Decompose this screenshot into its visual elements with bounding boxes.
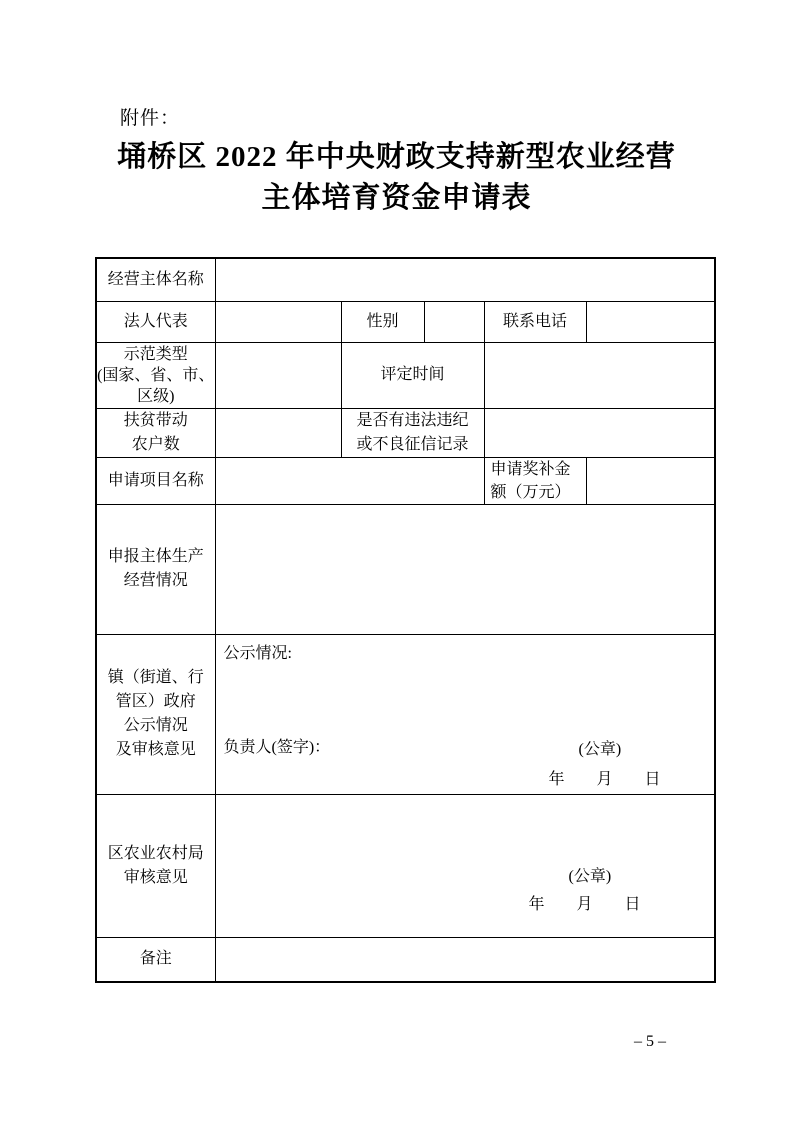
- row-poverty-households: 扶贫带动 农户数 是否有违法违纪 或不良征信记录: [96, 408, 715, 457]
- entity-name-value-cell: [215, 258, 715, 301]
- town-review-label: 镇（街道、行 管区）政府 公示情况 及审核意见: [96, 634, 215, 794]
- demo-type-value-cell: [215, 342, 341, 408]
- assessment-time-label: 评定时间: [341, 342, 484, 408]
- row-entity-name: 经营主体名称: [96, 258, 715, 301]
- row-project-name: 申请项目名称 申请奖补金 额（万元）: [96, 457, 715, 504]
- phone-label: 联系电话: [484, 301, 586, 342]
- project-name-value-cell: [215, 457, 484, 504]
- gender-label: 性别: [341, 301, 424, 342]
- entity-name-label: 经营主体名称: [96, 258, 215, 301]
- production-status-label: 申报主体生产 经营情况: [96, 504, 215, 634]
- application-form-table: 经营主体名称 法人代表 性别 联系电话 示范类型 (国家、省、市、 区级) 评定…: [95, 257, 716, 983]
- remarks-label: 备注: [96, 937, 215, 982]
- row-town-review: 镇（街道、行 管区）政府 公示情况 及审核意见 公示情况: 负责人(签字)： (…: [96, 634, 715, 794]
- subsidy-amount-value-cell: [586, 457, 715, 504]
- document-title: 埇桥区 2022 年中央财政支持新型农业经营 主体培育资金申请表: [0, 137, 793, 219]
- district-review-content-cell: (公章) 年 月 日: [215, 794, 715, 937]
- document-title-line1: 埇桥区 2022 年中央财政支持新型农业经营: [0, 137, 793, 178]
- production-status-value-cell: [215, 504, 715, 634]
- row-remarks: 备注: [96, 937, 715, 982]
- document-page: 附件： 埇桥区 2022 年中央财政支持新型农业经营 主体培育资金申请表 经营主…: [0, 0, 793, 1122]
- row-legal-rep: 法人代表 性别 联系电话: [96, 301, 715, 342]
- row-district-review: 区农业农村局 审核意见 (公章) 年 月 日: [96, 794, 715, 937]
- town-seal-label: (公章): [579, 741, 622, 759]
- publicity-label: 公示情况:: [224, 645, 292, 663]
- row-production-status: 申报主体生产 经营情况: [96, 504, 715, 634]
- town-review-content-cell: 公示情况: 负责人(签字)： (公章) 年 月 日: [215, 634, 715, 794]
- violation-record-label: 是否有违法违纪 或不良征信记录: [341, 408, 484, 457]
- town-signer-label: 负责人(签字)：: [224, 739, 331, 757]
- attachment-label: 附件：: [120, 103, 180, 130]
- town-date-label: 年 月 日: [549, 771, 661, 789]
- row-demo-type: 示范类型 (国家、省、市、 区级) 评定时间: [96, 342, 715, 408]
- poverty-households-value-cell: [215, 408, 341, 457]
- district-review-label: 区农业农村局 审核意见: [96, 794, 215, 937]
- legal-rep-label: 法人代表: [96, 301, 215, 342]
- legal-rep-value-cell: [215, 301, 341, 342]
- assessment-time-value-cell: [484, 342, 715, 408]
- phone-value-cell: [586, 301, 715, 342]
- district-date-label: 年 月 日: [529, 896, 641, 914]
- subsidy-amount-label: 申请奖补金 额（万元）: [484, 457, 586, 504]
- demo-type-label: 示范类型 (国家、省、市、 区级): [96, 342, 215, 408]
- remarks-value-cell: [215, 937, 715, 982]
- poverty-households-label: 扶贫带动 农户数: [96, 408, 215, 457]
- page-number: – 5 –: [600, 1033, 700, 1051]
- violation-record-value-cell: [484, 408, 715, 457]
- gender-value-cell: [424, 301, 484, 342]
- district-seal-label: (公章): [569, 868, 612, 886]
- project-name-label: 申请项目名称: [96, 457, 215, 504]
- document-title-line2: 主体培育资金申请表: [0, 178, 793, 219]
